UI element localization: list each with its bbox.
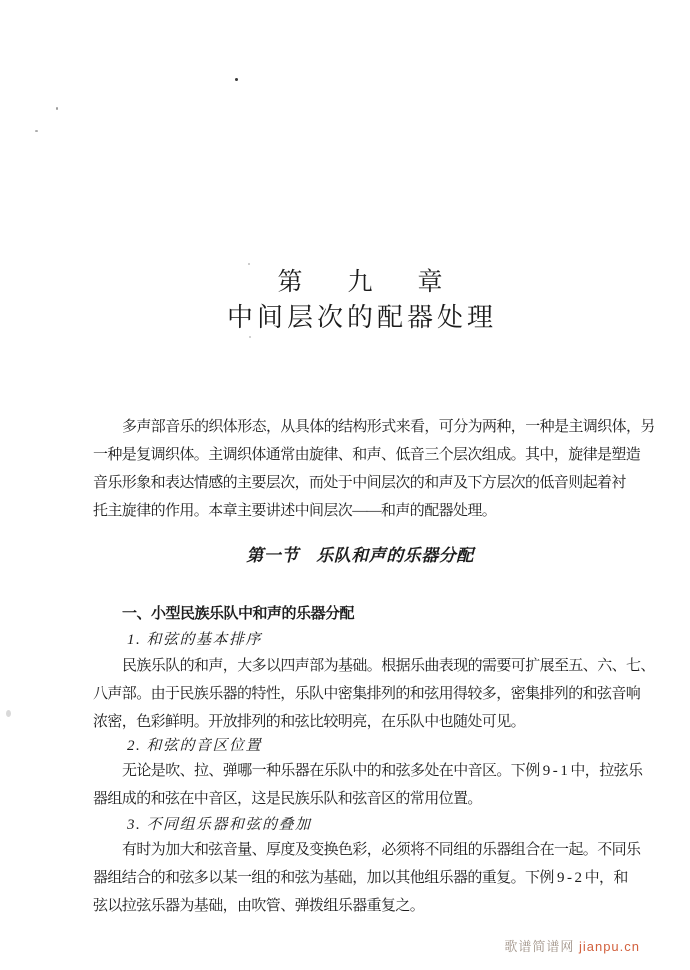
text-line: 器组成的和弦在中音区，这是民族乐队和弦音区的常用位置。 — [93, 785, 653, 813]
text-line: 多声部音乐的织体形态，从具体的结构形式来看，可分为两种，一种是主调织体，另 — [93, 413, 653, 441]
watermark: 歌谱简谱网 jianpu.cn — [504, 938, 640, 956]
scan-speck — [35, 130, 38, 132]
watermark-site-name: 歌谱简谱网 — [504, 939, 574, 954]
scan-speck — [248, 263, 250, 265]
text-line: 托主旋律的作用。本章主要讲述中间层次——和声的配器处理。 — [93, 497, 653, 525]
scan-speck — [56, 107, 58, 110]
item-3-label: 3. 不同组乐器和弦的叠加 — [127, 811, 312, 839]
chapter-title: 中间层次的配器处理 — [60, 302, 660, 334]
item-2-paragraph: 无论是吹、拉、弹哪一种乐器在乐队中的和弦多处在中音区。下例 9 - 1 中，拉弦… — [93, 757, 653, 813]
section-heading: 第一节 乐队和声的乐器分配 — [60, 542, 660, 570]
text-line: 无论是吹、拉、弹哪一种乐器在乐队中的和弦多处在中音区。下例 9 - 1 中，拉弦… — [93, 757, 653, 785]
text-line: 音乐形象和表达情感的主要层次，而处于中间层次的和声及下方层次的低音则起着衬 — [93, 469, 653, 497]
item-1-label: 1. 和弦的基本排序 — [127, 626, 262, 654]
scan-speck — [6, 710, 11, 717]
book-page: 第 九 章 中间层次的配器处理 多声部音乐的织体形态，从具体的结构形式来看，可分… — [0, 0, 690, 970]
subsection-heading: 一、小型民族乐队中和声的乐器分配 — [122, 600, 354, 628]
text-line: 一种是复调织体。主调织体通常由旋律、和声、低音三个层次组成。其中，旋律是塑造 — [93, 441, 653, 469]
watermark-site-url: jianpu.cn — [579, 939, 640, 954]
text-line: 八声部。由于民族乐器的特性，乐队中密集排列的和弦用得较多，密集排列的和弦音响 — [93, 680, 653, 708]
scan-speck — [249, 336, 251, 338]
intro-paragraph: 多声部音乐的织体形态，从具体的结构形式来看，可分为两种，一种是主调织体，另 一种… — [93, 413, 653, 525]
item-1-paragraph: 民族乐队的和声，大多以四声部为基础。根据乐曲表现的需要可扩展至五、六、七、 八声… — [93, 652, 653, 736]
item-2-label: 2. 和弦的音区位置 — [127, 732, 262, 760]
scan-speck — [235, 78, 238, 81]
text-line: 民族乐队的和声，大多以四声部为基础。根据乐曲表现的需要可扩展至五、六、七、 — [93, 652, 653, 680]
chapter-number: 第 九 章 — [60, 268, 660, 298]
item-3-paragraph: 有时为加大和弦音量、厚度及变换色彩，必须将不同组的乐器组合在一起。不同乐 器组结… — [93, 836, 653, 920]
text-line: 有时为加大和弦音量、厚度及变换色彩，必须将不同组的乐器组合在一起。不同乐 — [93, 836, 653, 864]
text-line: 弦以拉弦乐器为基础，由吹管、弹拨组乐器重复之。 — [93, 892, 653, 920]
text-line: 器组结合的和弦多以某一组的和弦为基础，加以其他组乐器的重复。下例 9 - 2 中… — [93, 864, 653, 892]
